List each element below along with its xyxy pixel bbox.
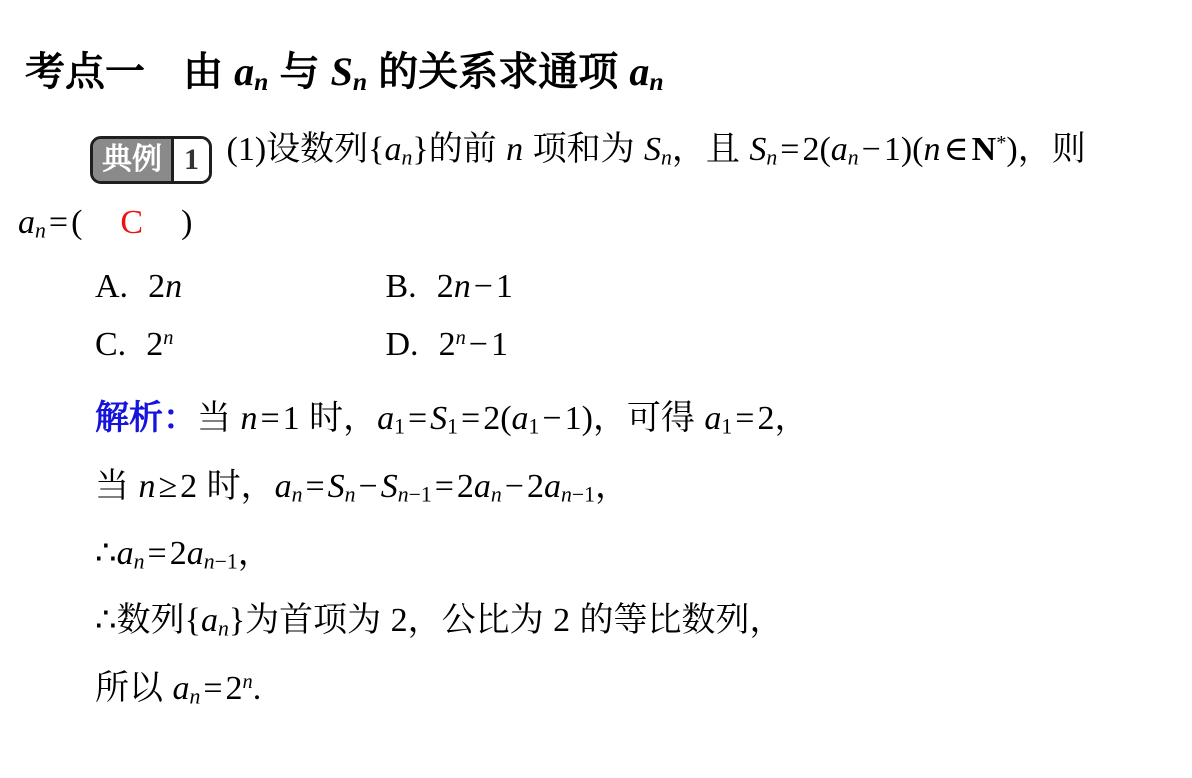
options-row-1: A.2n B.2n−1 (95, 266, 513, 309)
option-d: D.2n−1 (386, 326, 508, 363)
option-a: A.2n (95, 266, 377, 309)
solution-line-3: ∴an=2an−1， (95, 532, 272, 576)
solution-line-1: 解析：当 n=1 时，a1=S1=2(a1−1)，可得 a1=2， (95, 397, 808, 441)
problem-statement-line1: 典例 1 (1)设数列{an}的前 n 项和为 Sn，且 Sn=2(an−1)(… (90, 128, 1086, 184)
solution-line-4: ∴数列{an}为首项为 2，公比为 2 的等比数列， (95, 599, 784, 643)
page-title: 考点一由 an 与 Sn 的关系求通项 an (25, 40, 664, 97)
lesson-slide: 考点一由 an 与 Sn 的关系求通项 an 典例 1 (1)设数列{an}的前… (0, 0, 1192, 778)
options-row-2: C.2n D.2n−1 (95, 324, 508, 367)
problem-statement-line2: an=(C) (18, 202, 192, 245)
example-badge-number: 1 (171, 139, 209, 181)
solution-line-5: 所以 an=2n. (95, 667, 261, 711)
problem-text: (1)设数列{an}的前 n 项和为 Sn，且 Sn=2(an−1)(n∈N*)… (227, 131, 1086, 168)
option-b: B.2n−1 (386, 268, 513, 305)
solution-line-2: 当 n≥2 时，an=Sn−Sn−1=2an−2an−1， (95, 465, 629, 509)
option-c: C.2n (95, 324, 377, 367)
example-badge-label: 典例 (93, 139, 171, 181)
example-badge: 典例 1 (90, 136, 212, 184)
